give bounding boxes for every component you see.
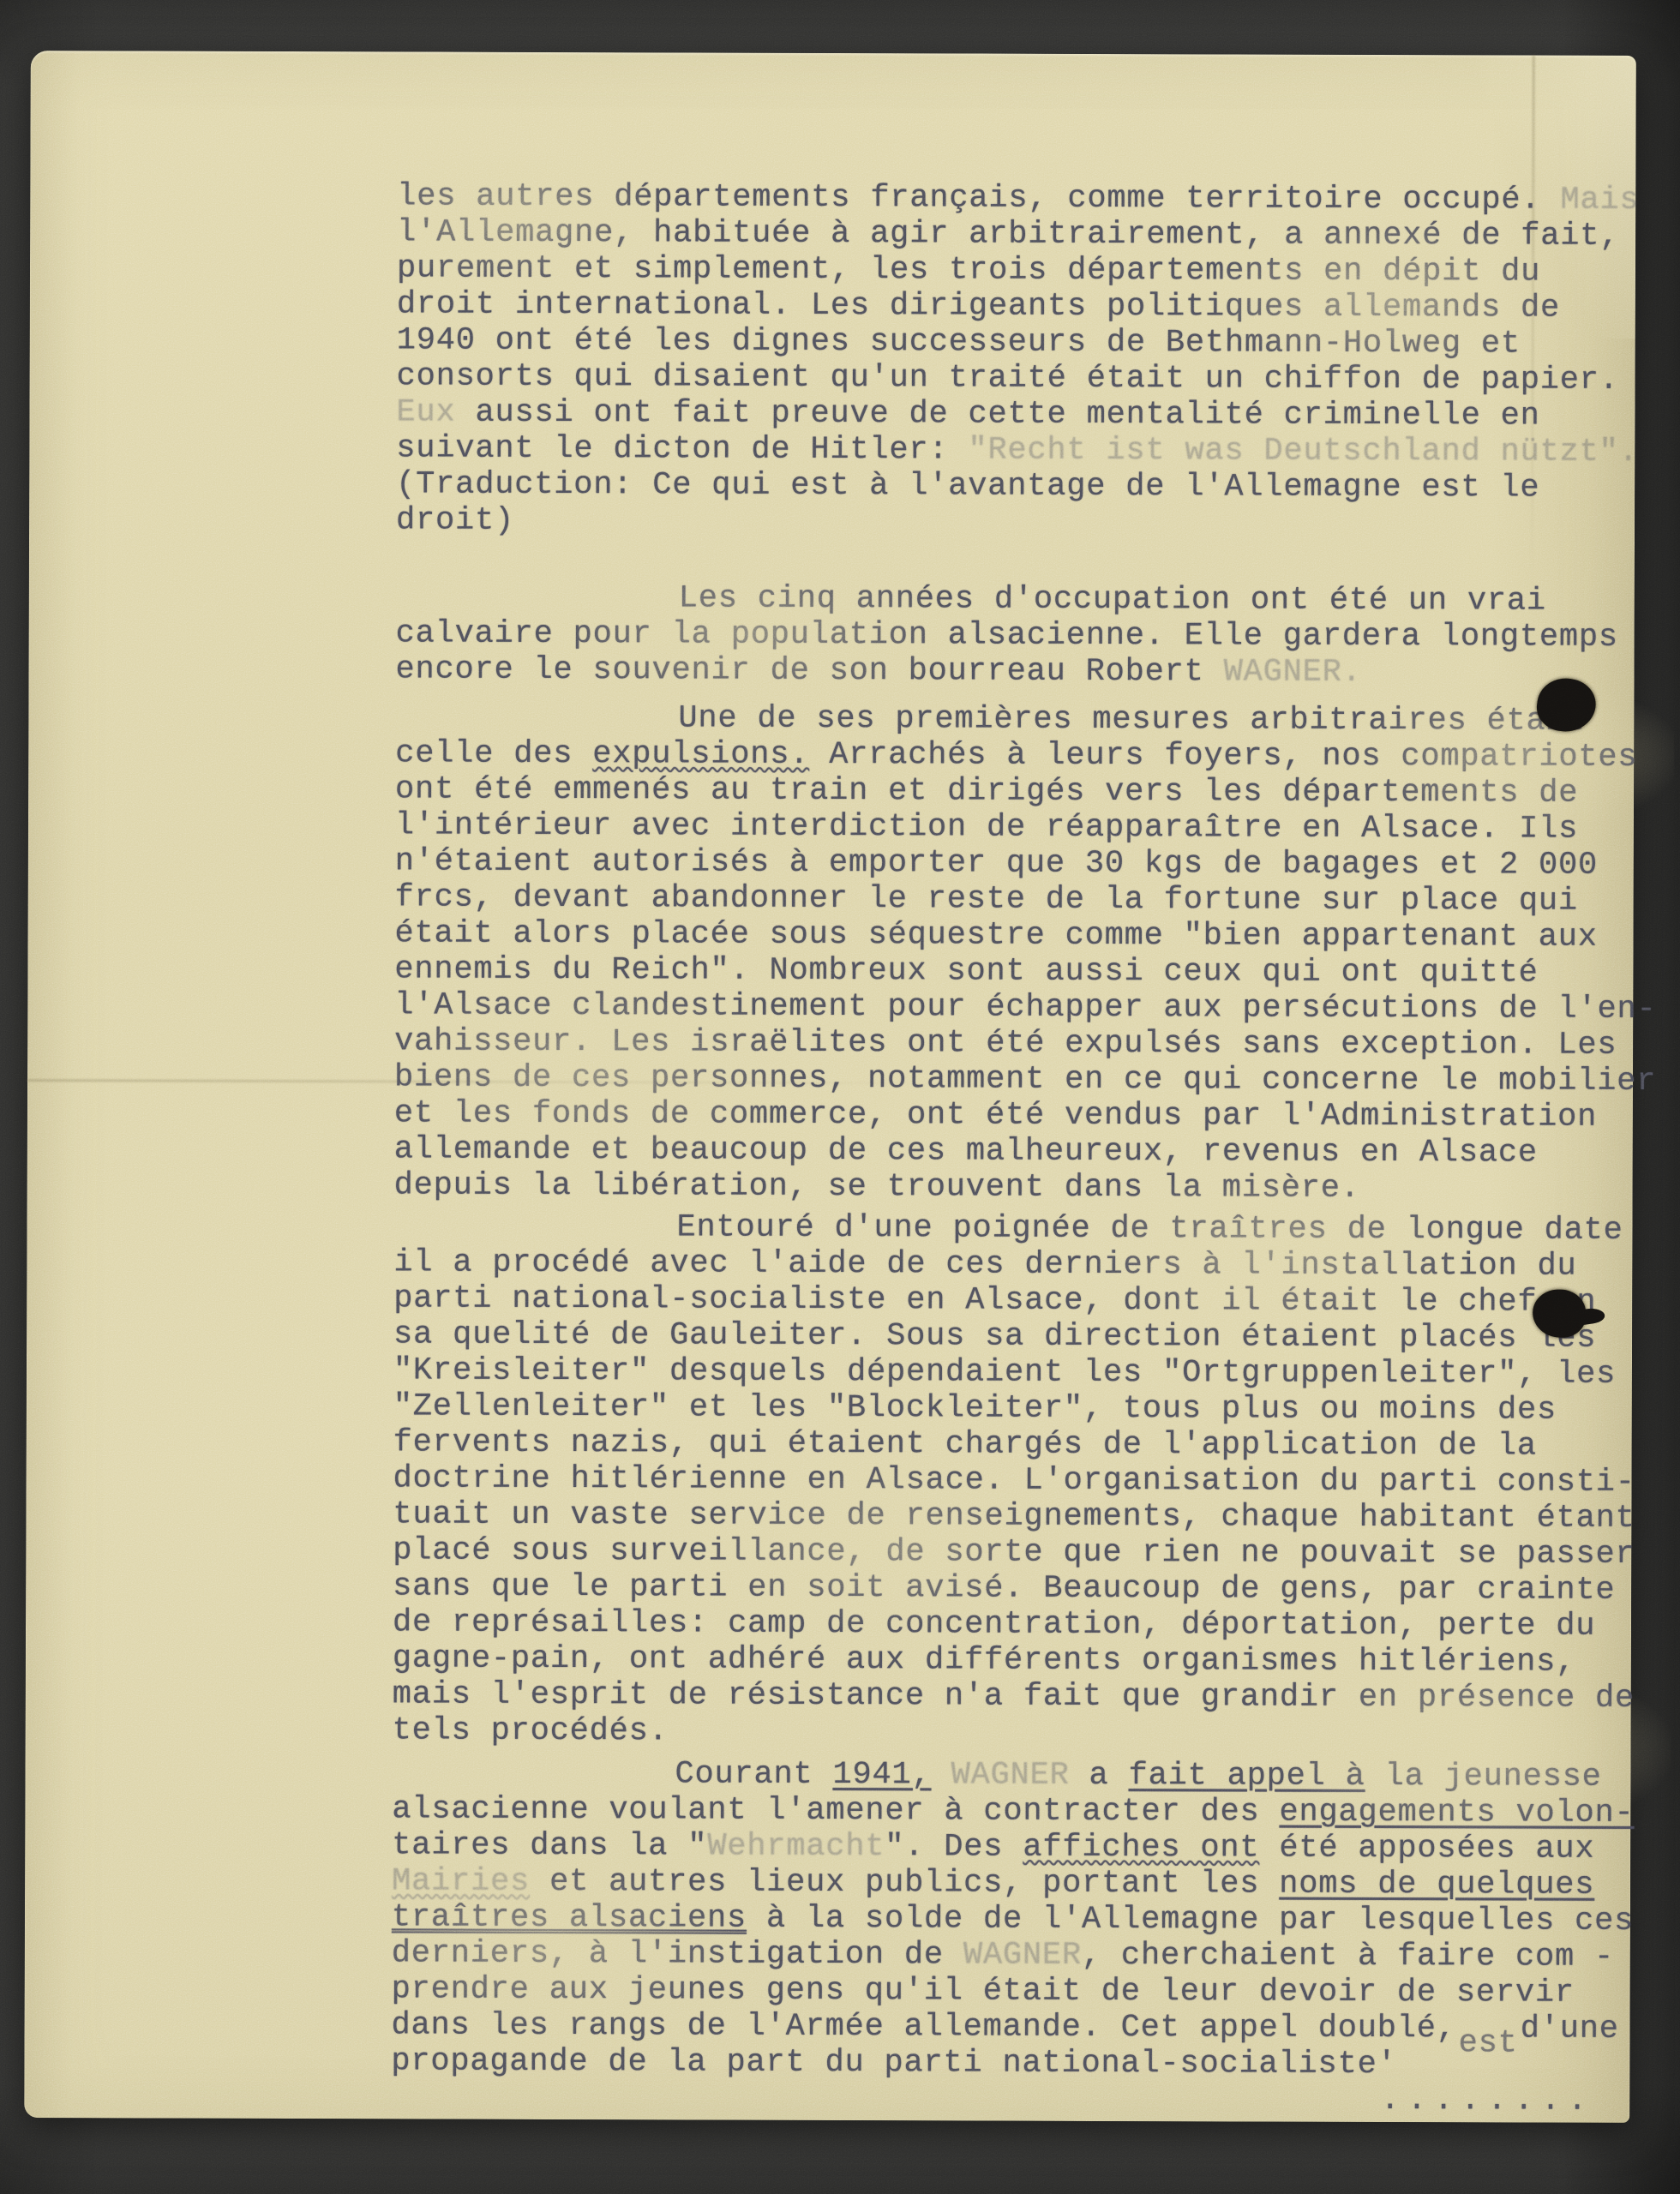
text-line: encore le souvenir de son bourreau Rober…: [395, 651, 1674, 692]
text-segment: (Traduction: Ce qui est à l'avantage de …: [396, 466, 1559, 538]
text-segment: ennemis du Reich". Nombreux sont aussi c…: [394, 951, 1538, 991]
text-segment: ........: [1381, 2083, 1595, 2119]
text-line: les autres départements français, comme …: [397, 178, 1676, 219]
text-segment: et autres lieux publics, portant les: [530, 1864, 1279, 1903]
text-line: ont été emmenés au train et dirigés vers…: [395, 771, 1674, 812]
text-segment: de représailles: camp de concentration, …: [393, 1604, 1595, 1644]
text-segment: doctrine hitlérienne en Alsace. L'organi…: [393, 1460, 1635, 1501]
text-segment: suivant le dicton de Hitler:: [396, 430, 968, 468]
text-line: l'Alsace clandestinement pour échapper a…: [394, 987, 1673, 1028]
text-line: vahisseur. Les israëlites ont été expuls…: [394, 1023, 1673, 1064]
text-line: "Zellenleiter" et les "Blockleiter", tou…: [393, 1388, 1672, 1429]
text-segment: sa quelité de Gauleiter. Sous sa directi…: [393, 1316, 1596, 1356]
text-line: "Kreisleiter" desquels dépendaient les "…: [393, 1352, 1672, 1393]
text-line: était alors placée sous séquestre comme …: [394, 915, 1673, 956]
text-line: sa quelité de Gauleiter. Sous sa directi…: [393, 1316, 1672, 1357]
text-segment: Mais: [1560, 183, 1639, 219]
text-segment: placé sous surveillance, de sorte que ri…: [393, 1532, 1635, 1573]
text-line: derniers, à l'instigation de WAGNER, che…: [392, 1935, 1671, 1975]
text-line: frcs, devant abandonner le reste de la f…: [395, 879, 1674, 920]
text-segment: Entouré d'une poignée de traîtres de lon…: [676, 1209, 1623, 1248]
text-line: mais l'esprit de résistance n'a fait que…: [393, 1676, 1671, 1717]
text-line: l'Allemagne, habituée à agir arbitrairem…: [397, 214, 1676, 255]
text-segment: Les cinq années d'occupation ont été un …: [679, 580, 1546, 619]
text-segment: depuis la libération, se trouvent dans l…: [394, 1167, 1360, 1207]
text-segment: d'une: [1521, 2011, 1619, 2047]
text-line: allemande et beaucoup de ces malheureux,…: [394, 1131, 1673, 1172]
text-line: sans que le parti en soit avisé. Beaucou…: [393, 1568, 1671, 1609]
document-text: les autres départements français, comme …: [391, 178, 1676, 2119]
text-segment: derniers, à l'instigation de: [392, 1935, 963, 1973]
text-segment: propagande de la part du parti national-…: [391, 2043, 1396, 2083]
punch-hole-bottom: [1533, 1290, 1586, 1338]
text-segment: expulsions.: [592, 736, 809, 773]
text-line: dans les rangs de l'Armée allemande. Cet…: [391, 2007, 1670, 2047]
text-line: biens de ces personnes, notamment en ce …: [394, 1059, 1673, 1100]
text-segment: les autres départements français, comme …: [397, 178, 1560, 218]
text-segment: 1940 ont été les dignes successeurs de B…: [397, 322, 1521, 362]
text-segment: l'Alsace clandestinement pour échapper a…: [394, 987, 1656, 1028]
text-line: n'étaient autorisés à emporter que 30 kg…: [395, 843, 1674, 884]
text-segment: frcs, devant abandonner le reste de la f…: [395, 879, 1578, 919]
text-segment: était alors placée sous séquestre comme …: [394, 915, 1597, 955]
text-segment: à la solde de l'Allemagne par lesquelles…: [747, 1901, 1634, 1939]
text-line: l'intérieur avec interdiction de réappar…: [395, 807, 1674, 848]
text-segment: "Kreisleiter" desquels dépendaient les "…: [393, 1352, 1616, 1392]
text-line: taires dans la "Wehrmacht". Des affiches…: [392, 1827, 1671, 1867]
text-segment: biens de ces personnes, notamment en ce …: [394, 1059, 1656, 1100]
text-segment: droit international. Les dirigeants poli…: [397, 286, 1560, 326]
text-line: depuis la libération, se trouvent dans l…: [394, 1167, 1673, 1208]
text-line: parti national-socialiste en Alsace, don…: [393, 1280, 1672, 1321]
text-segment: dans les rangs de l'Armée allemande. Cet…: [391, 2007, 1455, 2047]
text-segment: a: [1070, 1758, 1129, 1794]
text-segment: alsacienne voulant l'amener à contracter…: [392, 1791, 1279, 1830]
text-line: alsacienne voulant l'amener à contracter…: [392, 1791, 1671, 1831]
text-line: Entouré d'une poignée de traîtres de lon…: [393, 1208, 1672, 1249]
text-segment: sans que le parti en soit avisé. Beaucou…: [393, 1568, 1615, 1608]
text-segment: consorts qui disaient qu'un traité était…: [397, 358, 1619, 398]
text-line: tuait un vaste service de renseignements…: [393, 1496, 1671, 1537]
text-segment: [931, 1757, 951, 1793]
text-segment: traîtres alsaciens: [392, 1899, 747, 1936]
text-segment: l'Allemagne, habituée à agir arbitrairem…: [397, 214, 1619, 254]
text-line: Mairies et autres lieux publics, portant…: [392, 1863, 1671, 1903]
text-line: gagne-pain, ont adhéré aux différents or…: [393, 1640, 1671, 1681]
text-segment: ont été emmenés au train et dirigés vers…: [395, 771, 1578, 811]
text-segment: et les fonds de commerce, ont été vendus…: [394, 1095, 1597, 1135]
text-segment: WAGNER: [951, 1757, 1069, 1793]
text-segment: affiches ont: [1023, 1830, 1259, 1867]
text-line: il a procédé avec l'aide de ces derniers…: [393, 1244, 1672, 1285]
text-segment: ". Des: [885, 1829, 1023, 1866]
text-segment: engagements volon-: [1279, 1795, 1634, 1831]
text-line: fervents nazis, qui étaient chargés de l…: [393, 1424, 1672, 1465]
text-segment: fait appel à: [1129, 1758, 1365, 1795]
text-line: traîtres alsaciens à la solde de l'Allem…: [392, 1899, 1671, 1939]
text-line: Eux aussi ont fait preuve de cette menta…: [396, 394, 1675, 435]
text-line: celle des expulsions. Arrachés à leurs f…: [395, 735, 1674, 776]
text-segment: Eux: [396, 394, 455, 430]
text-segment: WAGNER: [963, 1937, 1082, 1973]
text-line: placé sous surveillance, de sorte que ri…: [393, 1532, 1671, 1573]
text-line: Une de ses premières mesures arbitraires…: [395, 699, 1674, 740]
text-segment: prendre aux jeunes gens qu'il était de l…: [392, 1971, 1575, 2011]
text-line: (Traduction: Ce qui est à l'avantage de …: [396, 466, 1675, 543]
text-line: calvaire pour la population alsacienne. …: [396, 615, 1675, 656]
text-segment: , cherchaient à faire com -: [1082, 1938, 1614, 1975]
text-segment: noms de quelques: [1279, 1867, 1594, 1903]
text-line: suivant le dicton de Hitler: "Recht ist …: [396, 430, 1675, 471]
text-segment: est: [1459, 2025, 1518, 2061]
text-line: consorts qui disaient qu'un traité était…: [397, 358, 1676, 399]
text-segment: vahisseur. Les israëlites ont été expuls…: [394, 1023, 1617, 1063]
text-line: 1940 ont été les dignes successeurs de B…: [397, 322, 1676, 363]
text-segment: il a procédé avec l'aide de ces derniers…: [393, 1244, 1576, 1284]
text-line: purement et simplement, les trois départ…: [397, 250, 1676, 291]
text-line: ........: [391, 2079, 1670, 2119]
text-segment: l'intérieur avec interdiction de réappar…: [395, 807, 1578, 847]
scanned-document-screenshot: { "colors": { "background": "#3c3c3a", "…: [0, 0, 1680, 2194]
text-segment: aussi ont fait preuve de cette mentalité…: [455, 395, 1539, 435]
text-line: ennemis du Reich". Nombreux sont aussi c…: [394, 951, 1673, 992]
text-segment: tels procédés.: [393, 1712, 669, 1749]
text-segment: WAGNER.: [1224, 654, 1362, 691]
text-segment: "Zellenleiter" et les "Blockleiter", tou…: [393, 1388, 1557, 1428]
text-segment: Wehrmacht: [707, 1829, 885, 1866]
text-line: prendre aux jeunes gens qu'il était de l…: [392, 1971, 1671, 2011]
text-segment: taires dans la ": [392, 1827, 707, 1864]
text-segment: Courant: [675, 1756, 832, 1793]
text-segment: Mairies: [392, 1863, 530, 1900]
text-segment: purement et simplement, les trois départ…: [397, 250, 1540, 290]
text-segment: mais l'esprit de résistance n'a fait que…: [393, 1676, 1635, 1717]
text-segment: calvaire pour la population alsacienne. …: [396, 615, 1618, 655]
text-segment: encore le souvenir de son bourreau Rober…: [395, 651, 1223, 690]
text-segment: "Recht ist was Deutschland nützt".: [968, 433, 1638, 471]
text-segment: tuait un vaste service de renseignements…: [393, 1496, 1635, 1537]
text-segment: parti national-socialiste en Alsace, don…: [393, 1280, 1596, 1320]
text-line: tels procédés.: [393, 1712, 1671, 1753]
text-segment: été apposées aux: [1259, 1831, 1594, 1867]
text-line: Courant 1941, WAGNER a fait appel à la j…: [392, 1755, 1671, 1795]
text-segment: allemande et beaucoup de ces malheureux,…: [394, 1131, 1538, 1171]
text-segment: Arrachés à leurs foyers, nos compatriote…: [809, 737, 1637, 776]
text-line: doctrine hitlérienne en Alsace. L'organi…: [393, 1460, 1671, 1501]
text-line: et les fonds de commerce, ont été vendus…: [394, 1095, 1673, 1136]
text-line: Les cinq années d'occupation ont été un …: [396, 579, 1675, 620]
text-segment: n'étaient autorisés à emporter que 30 kg…: [395, 843, 1598, 883]
text-segment: gagne-pain, ont adhéré aux différents or…: [393, 1640, 1575, 1680]
text-segment: celle des: [395, 735, 592, 772]
text-segment: Une de ses premières mesures arbitraires…: [678, 700, 1585, 739]
text-line: droit international. Les dirigeants poli…: [397, 286, 1676, 327]
text-segment: 1941,: [832, 1757, 931, 1793]
text-segment: la jeunesse: [1365, 1759, 1602, 1795]
paper-sheet: les autres départements français, comme …: [24, 51, 1636, 2123]
text-line: de représailles: camp de concentration, …: [393, 1604, 1671, 1645]
text-segment: fervents nazis, qui étaient chargés de l…: [393, 1424, 1537, 1464]
